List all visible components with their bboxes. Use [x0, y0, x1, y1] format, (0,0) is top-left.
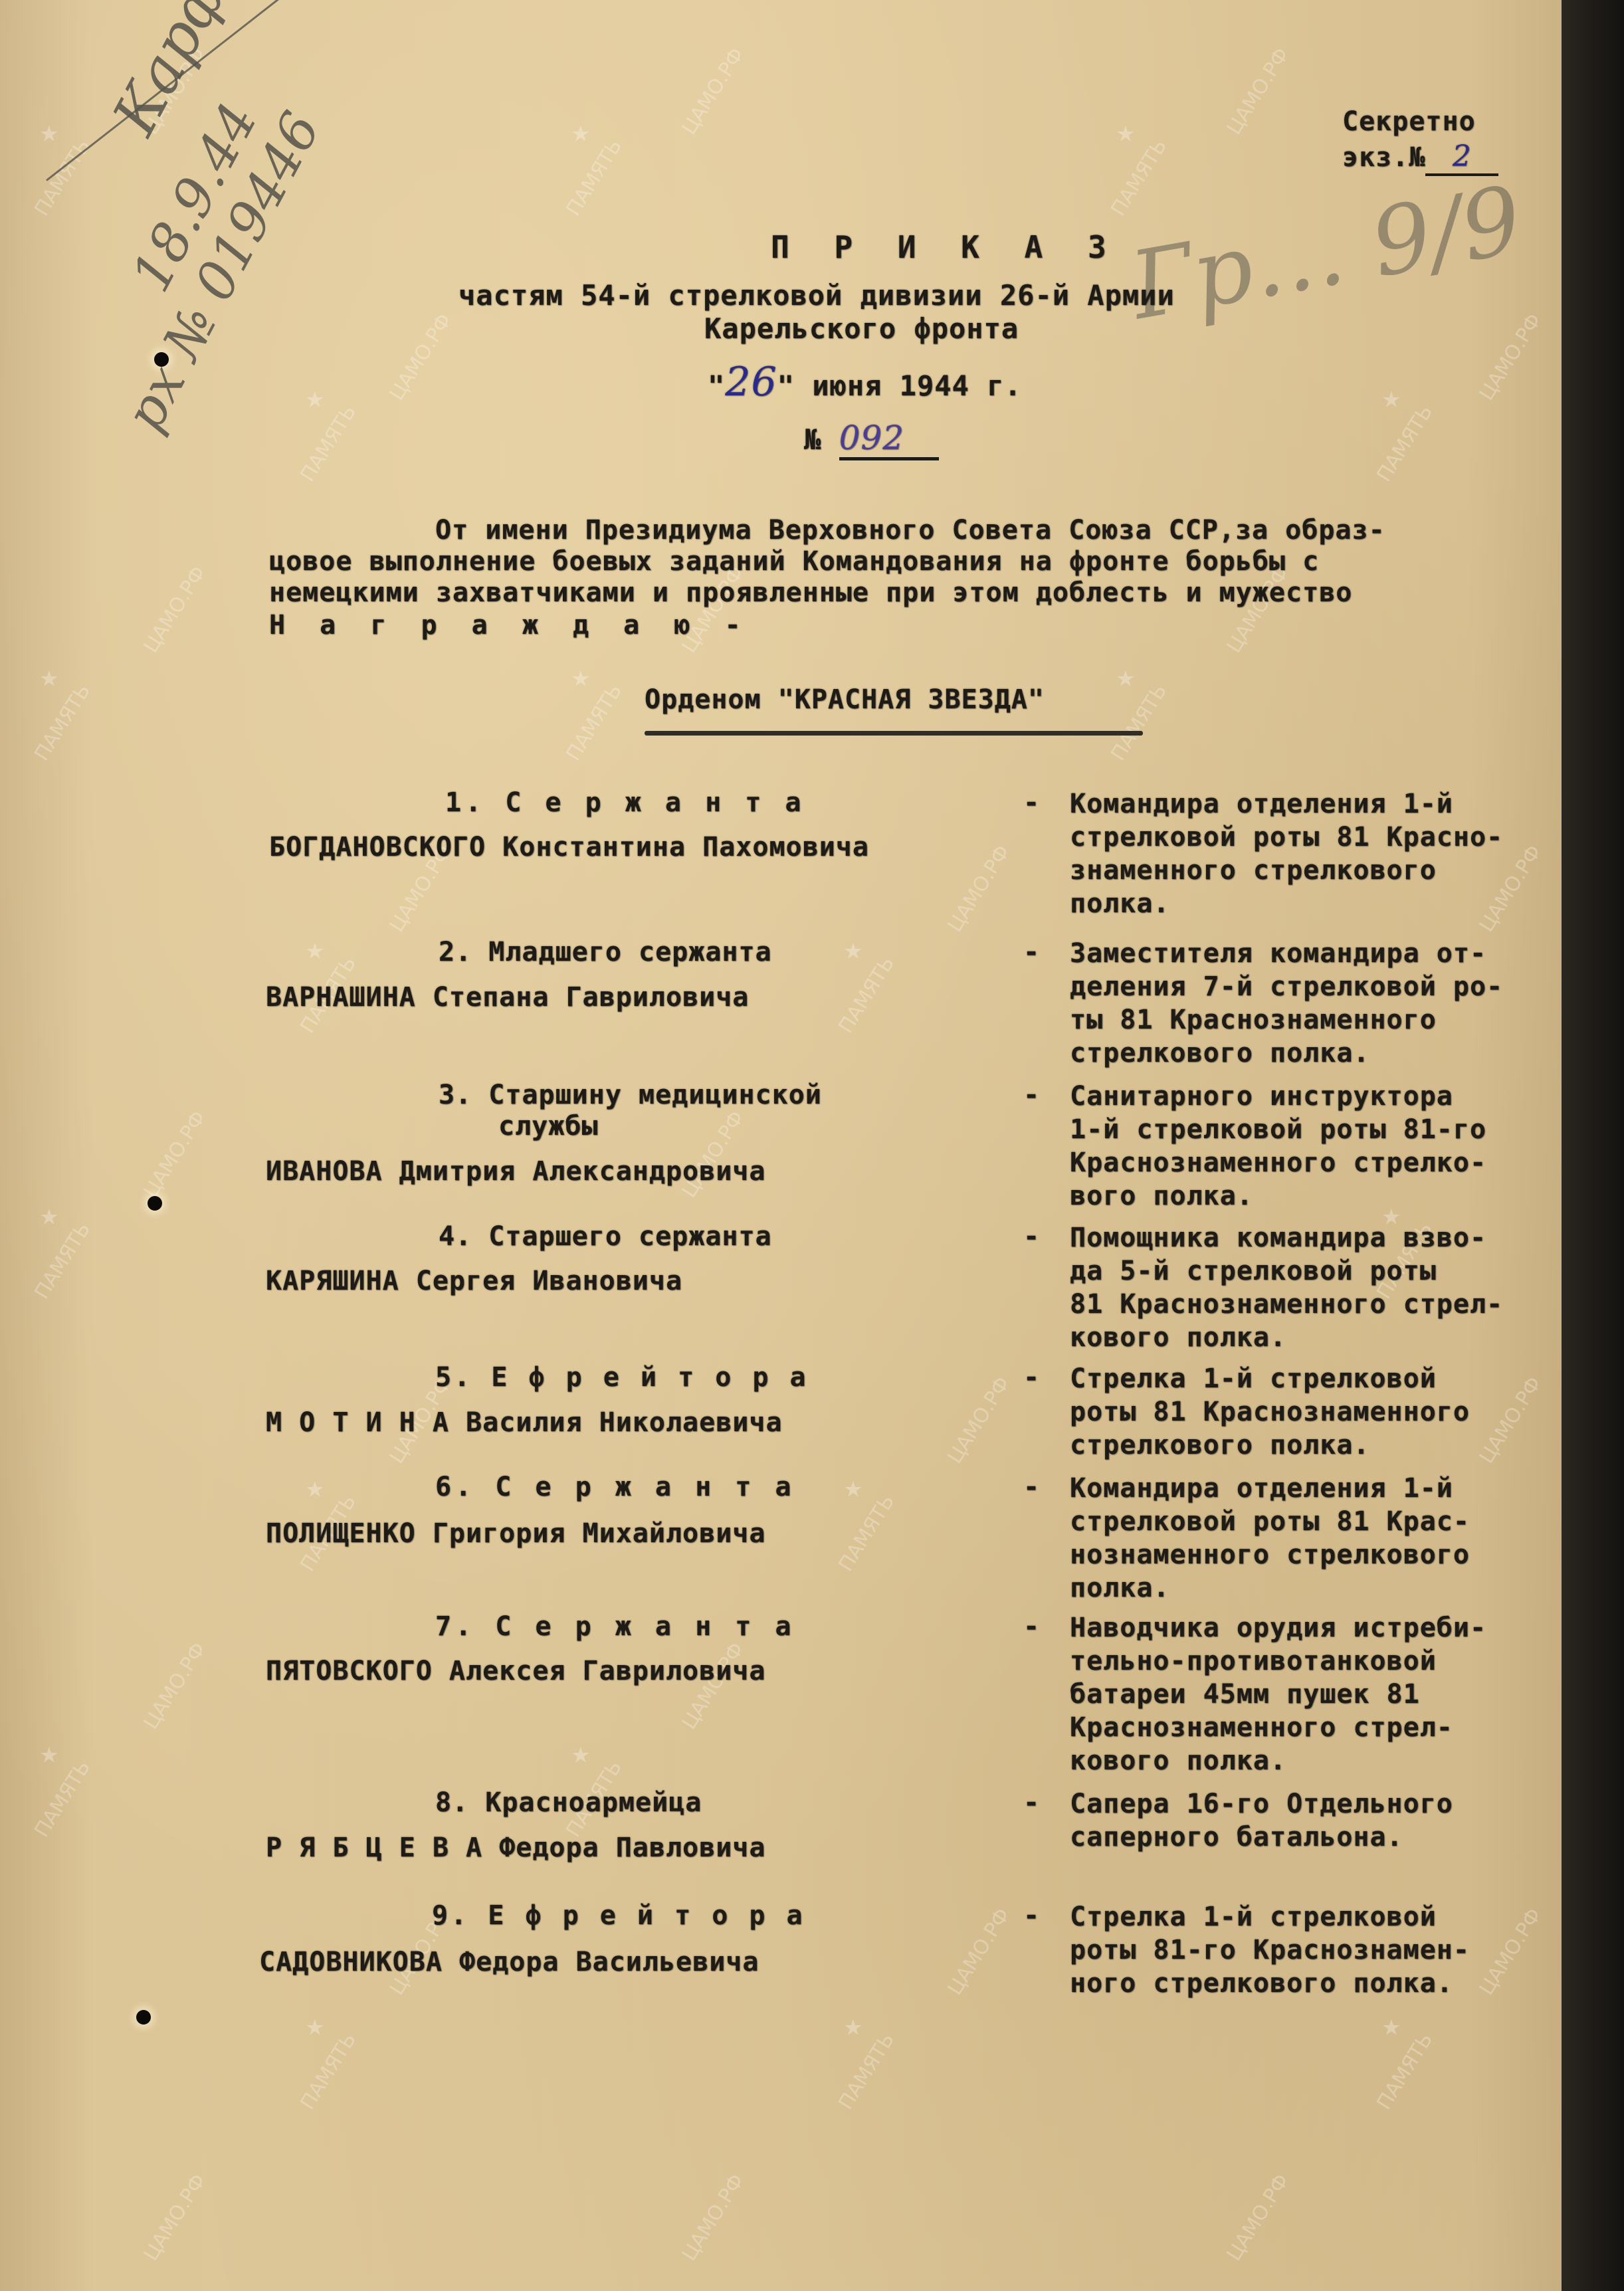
- star-icon: ★: [40, 1734, 58, 1770]
- watermark-project: ПАМЯТЬ: [561, 680, 627, 765]
- watermark-project: ПАМЯТЬ: [834, 1491, 899, 1576]
- document-number: № 092: [804, 419, 939, 460]
- watermark-project: ПАМЯТЬ: [1106, 680, 1171, 765]
- star-icon: ★: [40, 113, 58, 149]
- watermark-archive: ЦАМО.РФ: [1223, 2170, 1294, 2265]
- watermark-project: ПАМЯТЬ: [30, 1219, 95, 1304]
- star-icon: ★: [1382, 379, 1401, 415]
- star-icon: ★: [1116, 658, 1135, 694]
- date-day-handwritten: 26: [725, 359, 777, 405]
- awardee-rank: 1. С е р ж а н т а: [445, 787, 805, 818]
- watermark-archive: ЦАМО.РФ: [1475, 1904, 1546, 1999]
- awardee-name: ВАРНАШИНА Степана Гавриловича: [266, 982, 749, 1013]
- copy-number-value: 2: [1425, 140, 1498, 176]
- watermark-project: ПАМЯТЬ: [296, 401, 361, 486]
- awardee-rank: 4. Старшего сержанта: [439, 1221, 772, 1252]
- watermark-archive: ЦАМО.РФ: [678, 2170, 749, 2265]
- star-icon: ★: [571, 658, 590, 694]
- pencil-signature: Гр… 9/9: [1123, 166, 1529, 341]
- star-icon: ★: [571, 1734, 590, 1770]
- watermark-archive: ЦАМО.РФ: [678, 1107, 749, 1202]
- star-icon: ★: [844, 1468, 863, 1504]
- awardee-rank: 8. Красноармейца: [435, 1787, 702, 1818]
- watermark-archive: ЦАМО.РФ: [140, 2170, 211, 2265]
- document-subtitle: частям 54-й стрелковой дивизии 26-й Арми…: [458, 279, 1175, 312]
- document-subtitle-front: Карельского фронта: [704, 312, 1019, 345]
- watermark-archive: ЦАМО.РФ: [385, 310, 457, 405]
- watermark-archive: ЦАМО.РФ: [140, 1107, 211, 1202]
- star-icon: ★: [844, 2007, 863, 2042]
- star-icon: ★: [844, 930, 863, 966]
- watermark-archive: ЦАМО.РФ: [678, 44, 749, 139]
- watermark-archive: ЦАМО.РФ: [1223, 44, 1294, 139]
- awardee-name: БОГДАНОВСКОГО Константина Пахомовича: [269, 832, 869, 862]
- watermark-project: ПАМЯТЬ: [1372, 2029, 1437, 2114]
- document-title: П Р И К А З: [771, 229, 1120, 265]
- scan-border: [1562, 0, 1624, 2291]
- awardee-name: М О Т И Н А Василия Николаевича: [266, 1407, 783, 1438]
- awardee-rank: 7. С е р ж а н т а: [435, 1611, 795, 1642]
- watermark-project: ПАМЯТЬ: [834, 2029, 899, 2114]
- awardee-name: САДОВНИКОВА Федора Васильевича: [259, 1947, 759, 1977]
- awardee-name: ПЯТОВСКОГО Алексея Гавриловича: [266, 1656, 765, 1686]
- award-heading-underline: [645, 731, 1143, 736]
- star-icon: ★: [1382, 2007, 1401, 2042]
- watermark-project: ПАМЯТЬ: [30, 1757, 95, 1842]
- watermark-project: ПАМЯТЬ: [296, 2029, 361, 2114]
- star-icon: ★: [306, 930, 324, 966]
- document-page: ЦАМО.РФ ЦАМО.РФ ЦАМО.РФ ЦАМО.РФ ЦАМО.РФ …: [0, 0, 1562, 2291]
- awardee-rank: 3. Старшину медицинской: [439, 1080, 822, 1110]
- punch-hole: [148, 1196, 162, 1211]
- watermark-archive: ЦАМО.РФ: [140, 562, 211, 657]
- awardee-rank: 6. С е р ж а н т а: [435, 1472, 795, 1502]
- watermark-project: ПАМЯТЬ: [834, 953, 899, 1038]
- watermark-archive: ЦАМО.РФ: [944, 841, 1015, 936]
- document-date: "26" июня 1944 г.: [708, 359, 1022, 405]
- star-icon: ★: [40, 658, 58, 694]
- watermark-archive: ЦАМО.РФ: [944, 1904, 1015, 1999]
- awardee-name: КАРЯШИНА Сергея Ивановича: [266, 1266, 682, 1296]
- awardee-name: ИВАНОВА Дмитрия Александровича: [266, 1156, 765, 1187]
- awardee-name: ПОЛИЩЕНКО Григория Михайловича: [266, 1518, 765, 1549]
- star-icon: ★: [40, 1196, 58, 1232]
- awardee-rank: 9. Е ф р е й т о р а: [432, 1900, 805, 1931]
- punch-hole: [136, 2010, 151, 2025]
- award-heading: Орденом "КРАСНАЯ ЗВЕЗДА": [645, 684, 1045, 715]
- awardee-rank: 2. Младшего сержанта: [439, 937, 772, 967]
- awardee-rank-continued: службы: [498, 1111, 599, 1142]
- star-icon: ★: [306, 379, 324, 415]
- document-number-value: 092: [839, 419, 939, 460]
- watermark-archive: ЦАМО.РФ: [944, 1373, 1015, 1468]
- awardee-rank: 5. Е ф р е й т о р а: [435, 1362, 809, 1393]
- watermark-project: ПАМЯТЬ: [30, 680, 95, 765]
- star-icon: ★: [1116, 113, 1135, 149]
- copy-number-label: экз.№2: [1342, 140, 1498, 176]
- watermark-project: ПАМЯТЬ: [561, 136, 627, 221]
- watermark-project: ПАМЯТЬ: [1106, 136, 1171, 221]
- watermark-archive: ЦАМО.РФ: [1475, 1373, 1546, 1468]
- watermark-archive: ЦАМО.РФ: [140, 1639, 211, 1734]
- classification-label: Секретно: [1342, 106, 1476, 137]
- star-icon: ★: [306, 1468, 324, 1504]
- awardee-name: Р Я Б Ц Е В А Федора Павловича: [266, 1833, 765, 1863]
- star-icon: ★: [571, 113, 590, 149]
- star-icon: ★: [306, 2007, 324, 2042]
- watermark-project: ПАМЯТЬ: [1372, 401, 1437, 486]
- watermark-archive: ЦАМО.РФ: [1475, 310, 1546, 405]
